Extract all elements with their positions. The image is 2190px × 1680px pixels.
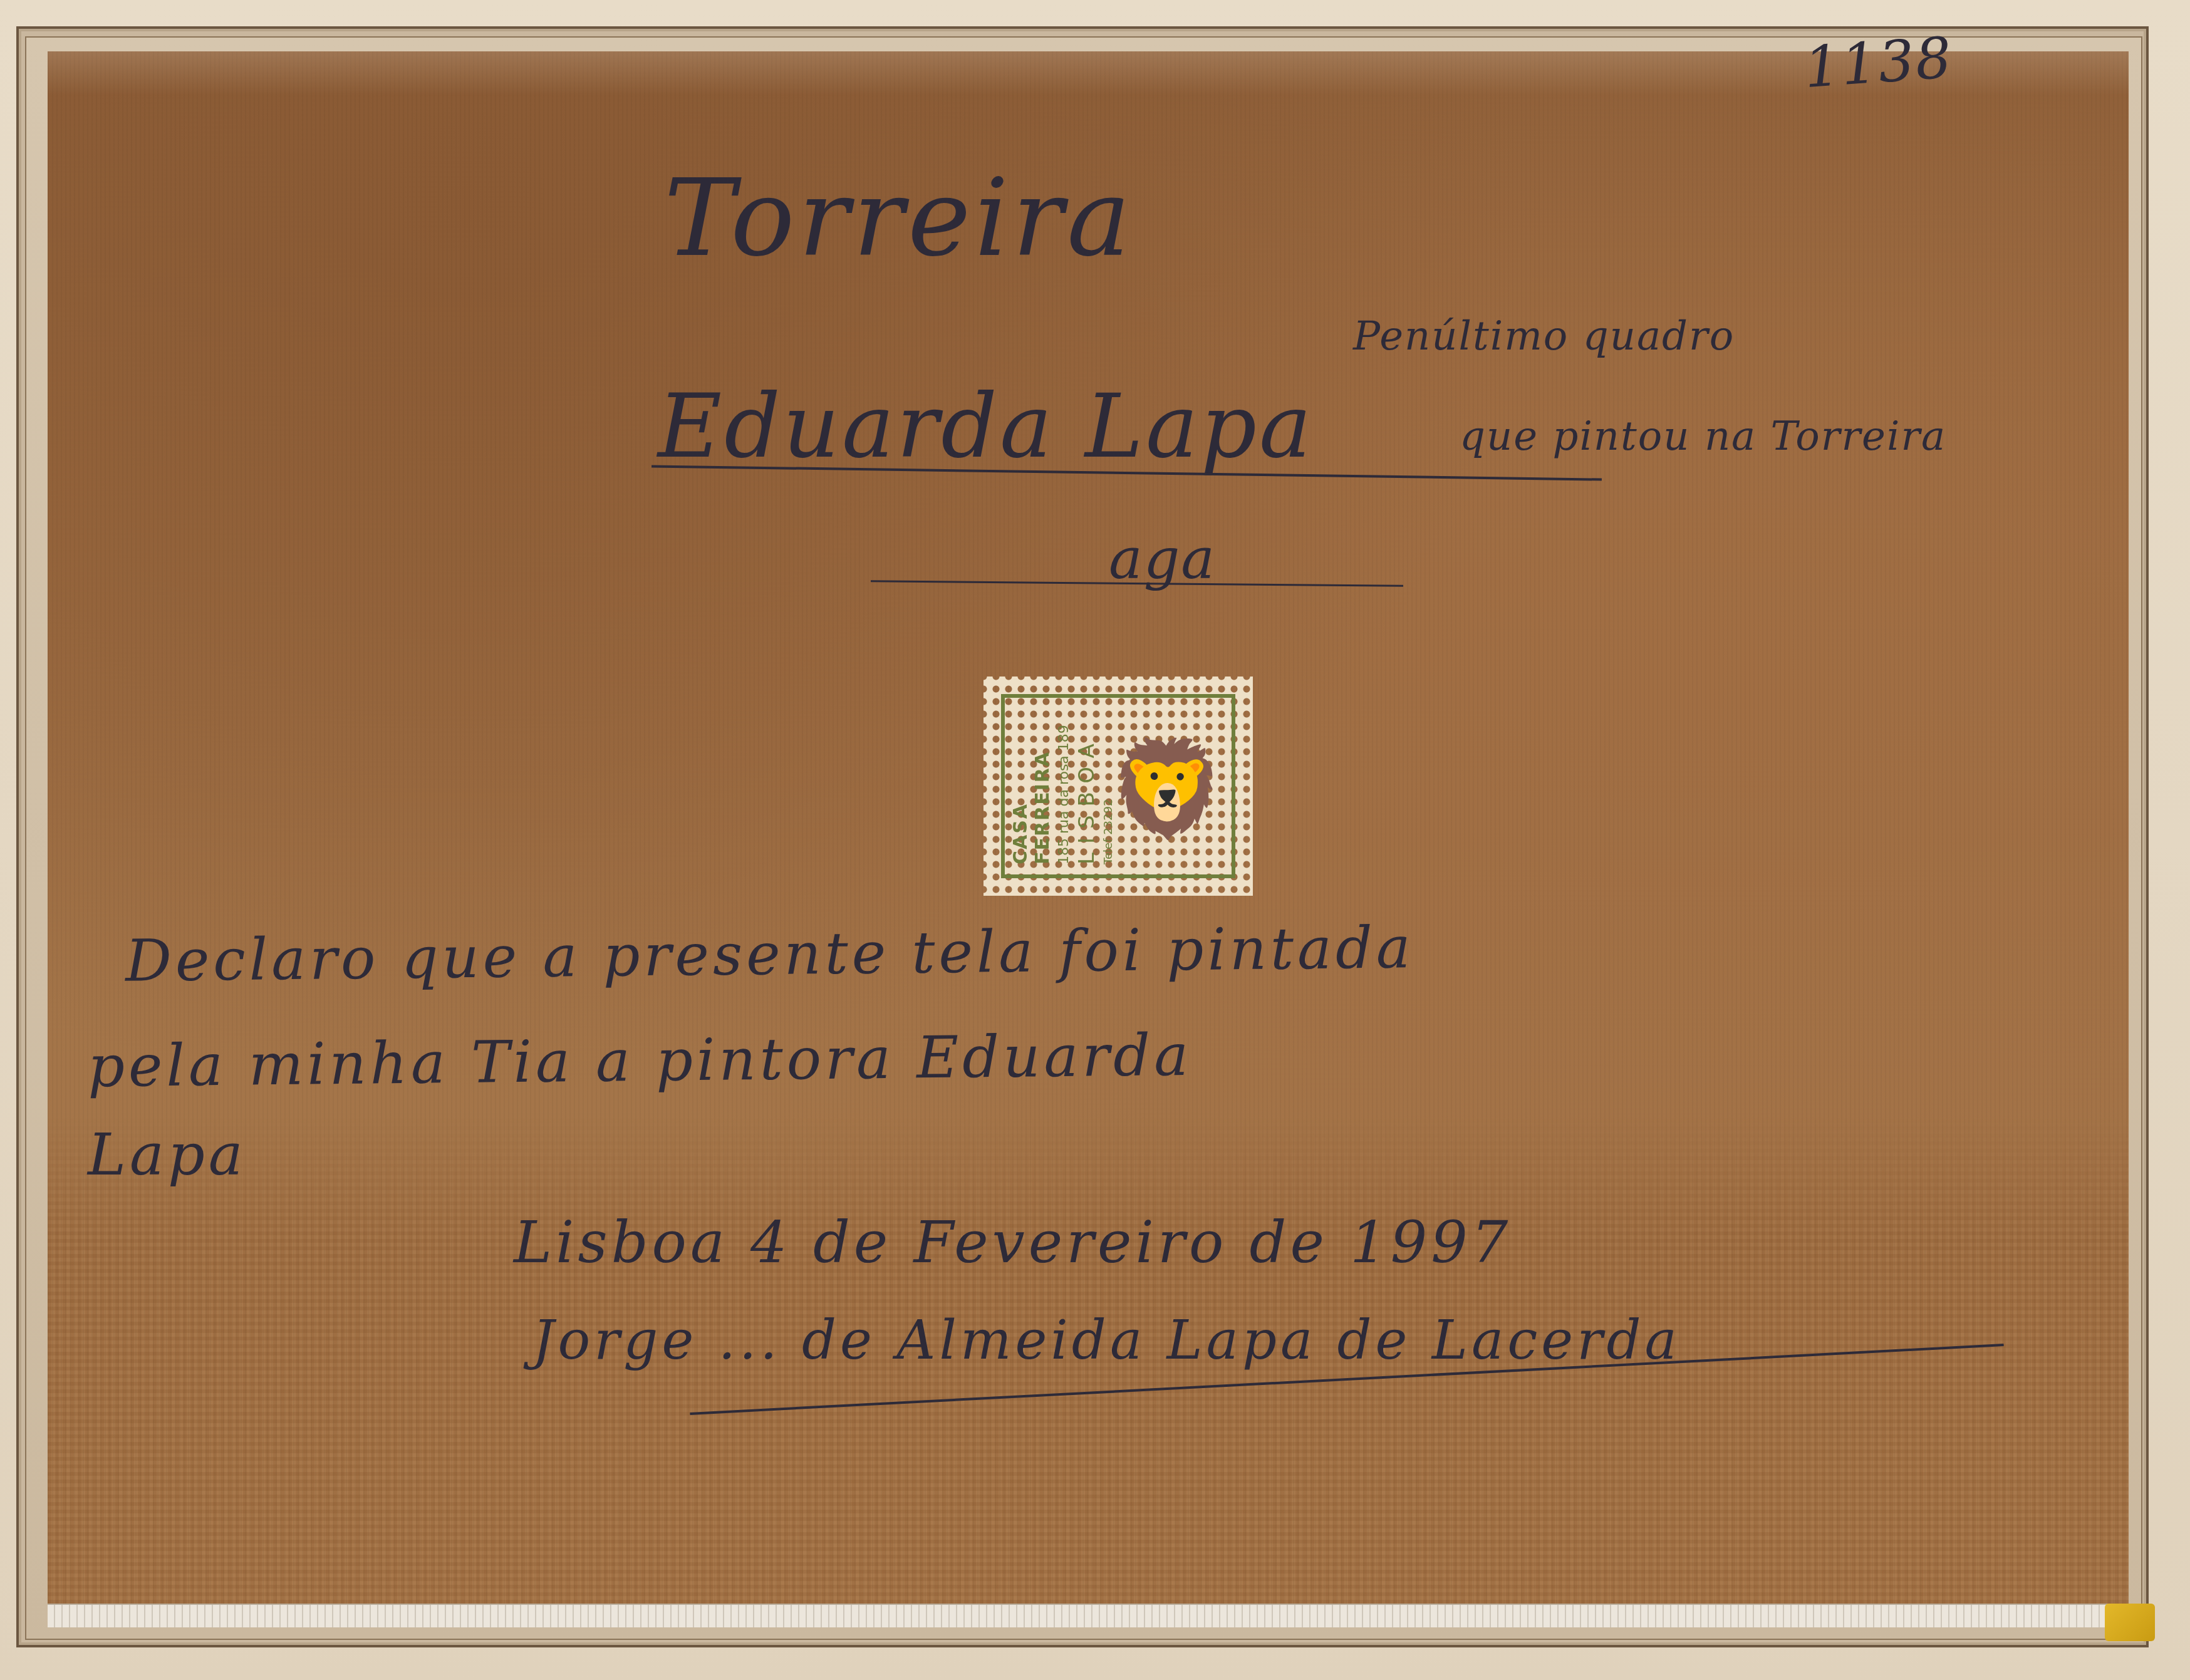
note-line-2: que pintou na Torreira [1460,413,1946,460]
gold-tape-corner [2105,1604,2155,1641]
supplier-shop-name: CASA FERREIRA [1010,702,1054,864]
linen-edge [48,1604,2129,1627]
declaration-signature: Jorge ... de Almeida Lapa de Lacerda [532,1309,1681,1372]
inventory-number: 1138 [1802,25,1955,101]
supplier-label-text: CASA FERREIRA 185 rua da rosa 189 LISBOA… [1010,702,1115,864]
note-line-1: Penúltimo quadro [1353,313,1735,360]
lion-with-palette-icon: 🦁 [1109,720,1222,858]
declaration-line-3: Lapa [88,1121,247,1188]
painting-title: Torreira [664,157,1134,281]
declaration-line-2: pela minha Tia a pintora Eduarda [87,1022,1192,1100]
declaration-line-1: Declaro que a presente tela foi pintada [125,914,1414,995]
supplier-address: 185 rua da rosa 189 [1056,702,1072,864]
supplier-city: LISBOA [1074,702,1099,864]
artist-name: Eduarda Lapa [658,376,1314,478]
declaration-date: Lisboa 4 de Fevereiro de 1997 [514,1209,1512,1276]
